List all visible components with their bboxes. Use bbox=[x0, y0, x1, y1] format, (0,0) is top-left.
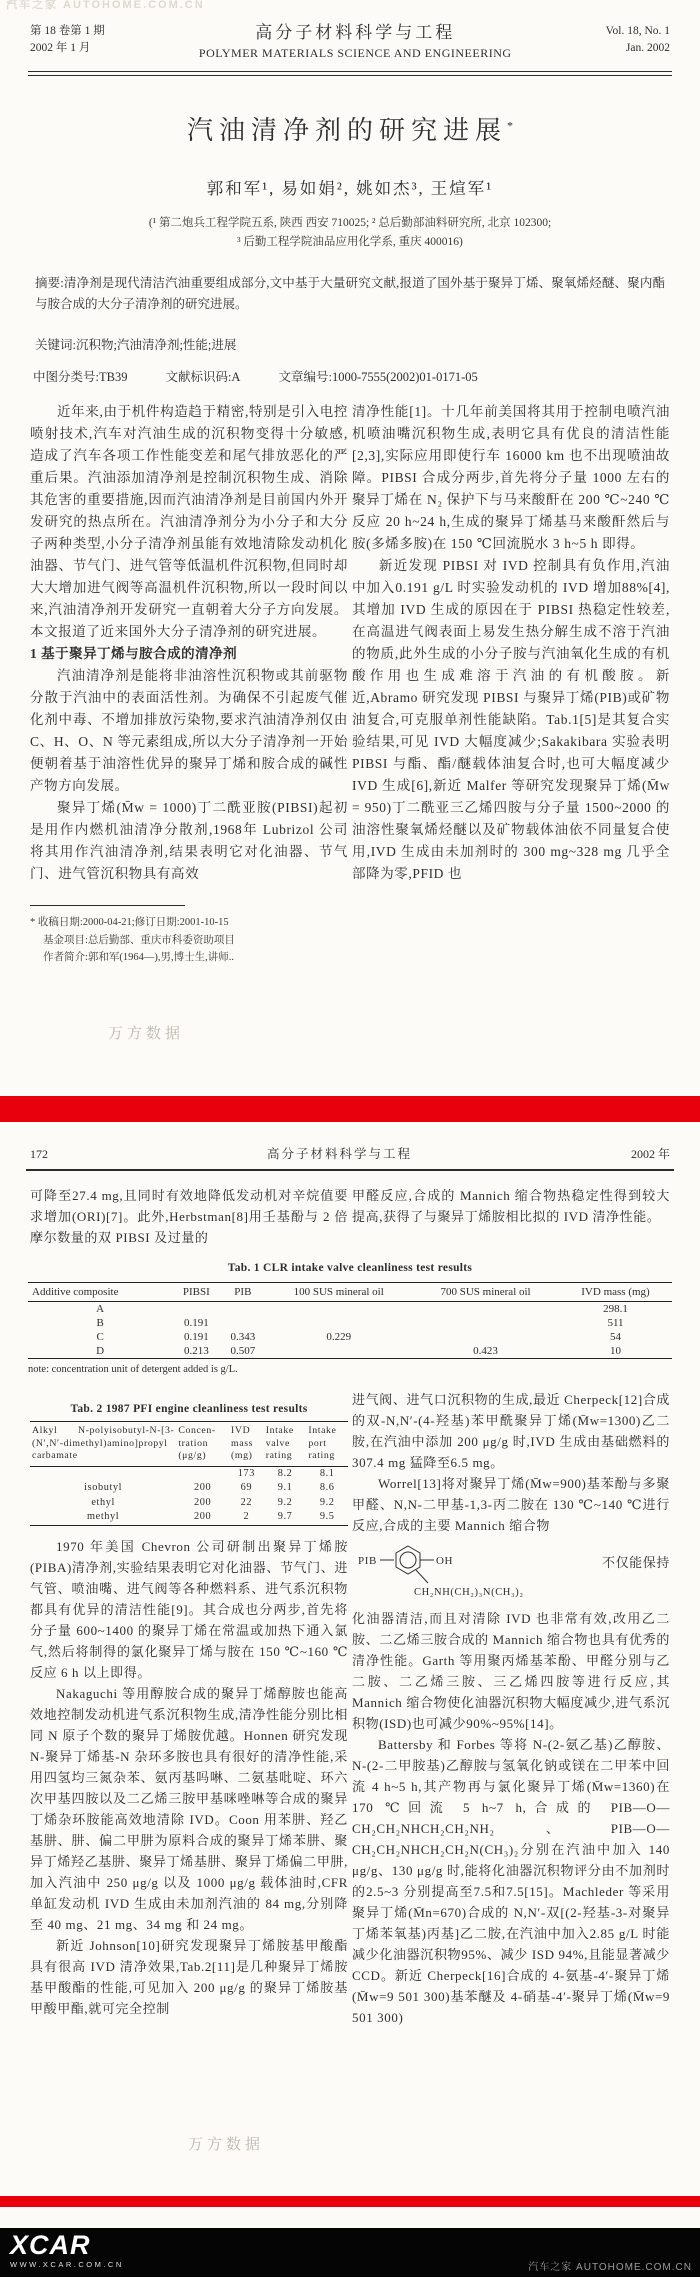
page2-left-column: Tab. 2 1987 PFI engine cleanliness test … bbox=[30, 1389, 348, 2028]
journal-name-en: POLYMER MATERIALS SCIENCE AND ENGINEERIN… bbox=[199, 46, 512, 61]
article-title-text: 汽油清净剂的研究进展 bbox=[187, 116, 507, 145]
page2-left-cont: 可降至27.4 mg,且同时有效地降低发动机对辛烷值要求增加(ORI)[7]。此… bbox=[30, 1185, 348, 1248]
table-cell: 9.7 bbox=[264, 1510, 307, 1525]
table-cell: 9.5 bbox=[306, 1510, 348, 1525]
mannich-structure-diagram: PIB OH CH₂NH(CH₂)₃N(CH₃)₂ bbox=[358, 1538, 573, 1606]
table-cell: 9.2 bbox=[306, 1496, 348, 1511]
autohome-watermark: 汽车之家 AUTOHOME.COM.CN bbox=[528, 2258, 700, 2277]
table-header-cell: Alkyl N-polyisobutyl-N-[3-(N′,N′-dimethy… bbox=[30, 1422, 176, 1467]
page1-left-column: 近年来,由于机件构造趋于精密,特别是引入电控喷射技术,汽车对汽油生成的沉积物变得… bbox=[30, 401, 348, 885]
table-header-cell: Concen-tration (μg/g) bbox=[176, 1422, 229, 1467]
section-heading: 1 基于聚异丁烯与胺合成的清净剂 bbox=[30, 643, 348, 665]
table-header-row: Additive compositePIBSIPIB100 SUS minera… bbox=[28, 1283, 672, 1302]
table2-header: Alkyl N-polyisobutyl-N-[3-(N′,N′-dimethy… bbox=[30, 1422, 348, 1467]
table-cell bbox=[412, 1316, 559, 1330]
table2-title: Tab. 2 1987 PFI engine cleanliness test … bbox=[30, 1403, 348, 1415]
table-cell bbox=[412, 1302, 559, 1317]
table-cell: A bbox=[28, 1302, 172, 1317]
page2-continuation-columns: 可降至27.4 mg,且同时有效地降低发动机对辛烷值要求增加(ORI)[7]。此… bbox=[30, 1185, 670, 1248]
table-header-cell: Additive composite bbox=[28, 1283, 172, 1302]
footnote-block: * 收稿日期:2000-04-21;修订日期:2001-10-15 基金项目:总… bbox=[30, 905, 360, 967]
paragraph: 聚异丁烯(M̄w = 1000)丁二酰亚胺(PIBSI)起初是用作内燃机油清净分… bbox=[30, 797, 348, 885]
page2-header-rule bbox=[26, 1169, 674, 1171]
table-cell: ethyl bbox=[30, 1496, 176, 1511]
paragraph: 甲醛反应,合成的 Mannich 缩合物热稳定性得到较大提高,获得了与聚异丁烯胺… bbox=[352, 1185, 670, 1227]
table-row: methyl20029.79.5 bbox=[30, 1510, 348, 1525]
table1-title: Tab. 1 CLR intake valve cleanliness test… bbox=[0, 1262, 700, 1274]
page1-right-column: 清净性能[1]。十几年前美国将其用于控制电喷汽油机喷油嘴沉积物生成,表明它具有优… bbox=[352, 401, 670, 885]
paragraph: 进气阀、进气口沉积物的生成,最近 Cherpeck[12]合成的双-N,N′-(… bbox=[352, 1389, 670, 1473]
table2-body: 1738.28.1isobutyl200699.18.6ethyl200229.… bbox=[30, 1466, 348, 1525]
affiliation-line-2: ³ 后勤工程学院油品应用化学系, 重庆 400016) bbox=[0, 233, 700, 252]
table-cell: D bbox=[28, 1344, 172, 1359]
page-number: 172 bbox=[30, 1147, 48, 1162]
structure-side-text: 不仅能保持 bbox=[602, 1552, 670, 1573]
meta-line: 中图分类号:TB39 文献标识码:A 文章编号:1000-7555(2002)0… bbox=[33, 367, 665, 385]
table-cell: C bbox=[28, 1330, 172, 1344]
table-cell: 0.191 bbox=[172, 1316, 220, 1330]
table-cell: B bbox=[28, 1316, 172, 1330]
authors-line: 郭和军¹, 易如娟², 姚如杰³, 王煊军¹ bbox=[0, 175, 700, 199]
table-header-cell: PIB bbox=[220, 1283, 265, 1302]
table-cell bbox=[220, 1302, 265, 1317]
journal-header: 第 18 卷第 1 期 2002 年 1 月 高分子材料科学与工程 POLYME… bbox=[0, 10, 700, 67]
wanfang-watermark: 万方数据 bbox=[188, 2133, 264, 2154]
issue-date-cn: 2002 年 1 月 bbox=[30, 40, 105, 57]
table-cell bbox=[265, 1302, 412, 1317]
journal-name-cn: 高分子材料科学与工程 bbox=[199, 18, 512, 43]
table-cell: 0.507 bbox=[220, 1344, 265, 1359]
table-row: 1738.28.1 bbox=[30, 1466, 348, 1481]
document-code: 文献标识码:A bbox=[165, 367, 240, 385]
clc-number: 中图分类号:TB39 bbox=[33, 367, 127, 385]
page-2: 172 高分子材料科学与工程 2002 年 可降至27.4 mg,且同时有效地降… bbox=[0, 1122, 700, 2196]
paragraph: Battersby 和 Forbes 等将 N-(2-氨乙基)乙醇胺、N-(2-… bbox=[352, 1734, 670, 2028]
affiliation-line-1: (¹ 第二炮兵工程学院五系, 陕西 西安 710025; ² 总后勤部油料研究所… bbox=[0, 214, 700, 233]
footnote-rule bbox=[30, 905, 185, 906]
table-row: B0.191511 bbox=[28, 1316, 672, 1330]
table-cell bbox=[220, 1316, 265, 1330]
issue-info-en: Vol. 18, No. 1 Jan. 2002 bbox=[606, 23, 670, 57]
page2-running-header: 172 高分子材料科学与工程 2002 年 bbox=[0, 1122, 700, 1162]
paragraph: Nakaguchi 等用醇胺合成的聚异丁烯醇胺也能高效地控制发动机进气系沉积物生… bbox=[30, 1683, 348, 1935]
running-year: 2002 年 bbox=[631, 1145, 670, 1162]
table-header-cell: Intake valve rating bbox=[264, 1422, 307, 1467]
paragraph: 新近 Johnson[10]研究发现聚异丁烯胺基甲酸酯具有很高 IVD 清净效果… bbox=[30, 1935, 348, 2019]
scanned-journal-page: 汽车之家 AUTOHOME.COM.CN 第 18 卷第 1 期 2002 年 … bbox=[0, 0, 700, 2277]
keywords: 关键词:沉积物;汽油清净剂;性能;进展 bbox=[35, 335, 665, 353]
table-header-cell: 100 SUS mineral oil bbox=[265, 1283, 412, 1302]
page1-body-columns: 近年来,由于机件构造趋于精密,特别是引入电控喷射技术,汽车对汽油生成的沉积物变得… bbox=[30, 401, 670, 885]
red-separator-line bbox=[0, 2196, 700, 2207]
table1-header: Additive compositePIBSIPIB100 SUS minera… bbox=[28, 1283, 672, 1302]
paragraph: 可降至27.4 mg,且同时有效地降低发动机对辛烷值要求增加(ORI)[7]。此… bbox=[30, 1185, 348, 1248]
table-header-cell: IVD mass (mg) bbox=[559, 1283, 672, 1302]
table-cell: 9.2 bbox=[264, 1496, 307, 1511]
table-header-cell: PIBSI bbox=[172, 1283, 220, 1302]
abstract: 摘要:清净剂是现代清洁汽油重要组成部分,文中基于大量研究文献,报道了国外基于聚异… bbox=[35, 273, 665, 315]
table-cell bbox=[265, 1316, 412, 1330]
page-1: 第 18 卷第 1 期 2002 年 1 月 高分子材料科学与工程 POLYME… bbox=[0, 10, 700, 1096]
page2-right-column: 进气阀、进气口沉积物的生成,最近 Cherpeck[12]合成的双-N,N′-(… bbox=[352, 1389, 670, 2028]
table-cell bbox=[265, 1344, 412, 1359]
table-cell bbox=[172, 1302, 220, 1317]
table-cell: 0.423 bbox=[412, 1344, 559, 1359]
table-header-cell: IVD mass (mg) bbox=[229, 1422, 264, 1467]
issue-volume-en: Vol. 18, No. 1 bbox=[606, 23, 670, 40]
table2-block: Tab. 2 1987 PFI engine cleanliness test … bbox=[30, 1403, 348, 1526]
table-row: ethyl200229.29.2 bbox=[30, 1496, 348, 1511]
article-number: 文章编号:1000-7555(2002)01-0171-05 bbox=[278, 367, 477, 385]
table-cell: 8.1 bbox=[306, 1466, 348, 1481]
table-2: Alkyl N-polyisobutyl-N-[3-(N′,N′-dimethy… bbox=[30, 1421, 348, 1526]
table-cell: isobutyl bbox=[30, 1481, 176, 1496]
table-cell: 298.1 bbox=[559, 1302, 672, 1317]
table-cell: 54 bbox=[559, 1330, 672, 1344]
paragraph: Worrel[13]将对聚异丁烯(M̄w=900)基苯酚与多聚甲醛、N,N-二甲… bbox=[352, 1473, 670, 1536]
paragraph: 近年来,由于机件构造趋于精密,特别是引入电控喷射技术,汽车对汽油生成的沉积物变得… bbox=[30, 401, 348, 643]
table-cell: 0.213 bbox=[172, 1344, 220, 1359]
table-cell: 200 bbox=[176, 1481, 229, 1496]
paragraph: 1970 年美国 Chevron 公司研制出聚异丁烯胺(PIBA)清净剂,实验结… bbox=[30, 1536, 348, 1683]
table-header-row: Alkyl N-polyisobutyl-N-[3-(N′,N′-dimethy… bbox=[30, 1422, 348, 1467]
table-cell: 22 bbox=[229, 1496, 264, 1511]
table-header-cell: 700 SUS mineral oil bbox=[412, 1283, 559, 1302]
wanfang-watermark: 万方数据 bbox=[108, 1022, 184, 1043]
footnote-received-date: * 收稿日期:2000-04-21;修订日期:2001-10-15 bbox=[30, 914, 360, 932]
table-cell: 10 bbox=[559, 1344, 672, 1359]
table-1: Additive compositePIBSIPIB100 SUS minera… bbox=[28, 1282, 672, 1359]
table-cell: 2 bbox=[229, 1510, 264, 1525]
table1-note: note: concentration unit of detergent ad… bbox=[28, 1364, 672, 1375]
footer-bar: XCAR WWW.XCAR.COM.CN 汽车之家 AUTOHOME.COM.C… bbox=[0, 2228, 700, 2277]
page2-body-columns: Tab. 2 1987 PFI engine cleanliness test … bbox=[30, 1389, 670, 2028]
paragraph: 化油器清洁,而且对清除 IVD 也非常有效,改用乙二胺、二乙烯三胺合成的 Man… bbox=[352, 1608, 670, 1734]
structure-chain-label: CH₂NH(CH₂)₃N(CH₃)₂ bbox=[414, 1587, 524, 1598]
table-cell: 0.343 bbox=[220, 1330, 265, 1344]
xcar-url: WWW.XCAR.COM.CN bbox=[10, 2260, 124, 2269]
running-journal-name: 高分子材料科学与工程 bbox=[267, 1144, 412, 1162]
chemical-structure-row: PIB OH CH₂NH(CH₂)₃N(CH₃)₂ 不仅能保持 bbox=[358, 1538, 670, 1606]
journal-name: 高分子材料科学与工程 POLYMER MATERIALS SCIENCE AND… bbox=[199, 18, 512, 61]
paragraph: 汽油清净剂是能将非油溶性沉积物或其前驱物分散于汽油中的表面活性剂。为确保不引起废… bbox=[30, 665, 348, 797]
table-cell: 0.229 bbox=[265, 1330, 412, 1344]
table-row: C0.1910.3430.22954 bbox=[28, 1330, 672, 1344]
table-cell: 200 bbox=[176, 1496, 229, 1511]
table-cell: 9.1 bbox=[264, 1481, 307, 1496]
xcar-logo-block: XCAR WWW.XCAR.COM.CN bbox=[0, 2228, 124, 2277]
table-cell: 8.2 bbox=[264, 1466, 307, 1481]
table1-body: A298.1B0.191511C0.1910.3430.22954D0.2130… bbox=[28, 1302, 672, 1359]
table-cell bbox=[176, 1466, 229, 1481]
table-cell: 8.6 bbox=[306, 1481, 348, 1496]
table-cell: 69 bbox=[229, 1481, 264, 1496]
structure-left-label: PIB bbox=[358, 1555, 377, 1567]
paragraph: 新近发现 PIBSI 对 IVD 控制具有负作用,汽油中加入0.191 g/L … bbox=[352, 555, 670, 885]
issue-volume-cn: 第 18 卷第 1 期 bbox=[30, 23, 105, 40]
header-rule bbox=[28, 71, 672, 76]
page2-right-cont: 甲醛反应,合成的 Mannich 缩合物热稳定性得到较大提高,获得了与聚异丁烯胺… bbox=[352, 1185, 670, 1248]
table-row: A298.1 bbox=[28, 1302, 672, 1317]
table-cell: 511 bbox=[559, 1316, 672, 1330]
table-cell: 173 bbox=[229, 1466, 264, 1481]
table-row: isobutyl200699.18.6 bbox=[30, 1481, 348, 1496]
issue-date-en: Jan. 2002 bbox=[606, 40, 670, 57]
paragraph: 清净性能[1]。十几年前美国将其用于控制电喷汽油机喷油嘴沉积物生成,表明它具有优… bbox=[352, 401, 670, 555]
table-header-cell: Intake port rating bbox=[306, 1422, 348, 1467]
title-footnote-mark: * bbox=[507, 118, 513, 132]
table-cell: 200 bbox=[176, 1510, 229, 1525]
article-title: 汽油清净剂的研究进展* bbox=[0, 110, 700, 147]
affiliations: (¹ 第二炮兵工程学院五系, 陕西 西安 710025; ² 总后勤部油料研究所… bbox=[0, 214, 700, 252]
xcar-logo: XCAR bbox=[10, 2231, 124, 2259]
structure-right-label: OH bbox=[436, 1555, 453, 1567]
footnote-author-bio: 作者简介:郭和军(1964—),男,博士生,讲师.. bbox=[43, 949, 360, 967]
benzene-ring-structure: PIB OH CH₂NH(CH₂)₃N(CH₃)₂ bbox=[358, 1538, 573, 1600]
footnote-fund: 基金项目:总后勤部、重庆市科委资助项目 bbox=[43, 932, 360, 950]
table-cell bbox=[412, 1330, 559, 1344]
table-cell: methyl bbox=[30, 1510, 176, 1525]
table-row: D0.2130.5070.42310 bbox=[28, 1344, 672, 1359]
red-separator-band bbox=[0, 1096, 700, 1122]
issue-info: 第 18 卷第 1 期 2002 年 1 月 bbox=[30, 23, 105, 57]
table-cell: 0.191 bbox=[172, 1330, 220, 1344]
table-cell bbox=[30, 1466, 176, 1481]
